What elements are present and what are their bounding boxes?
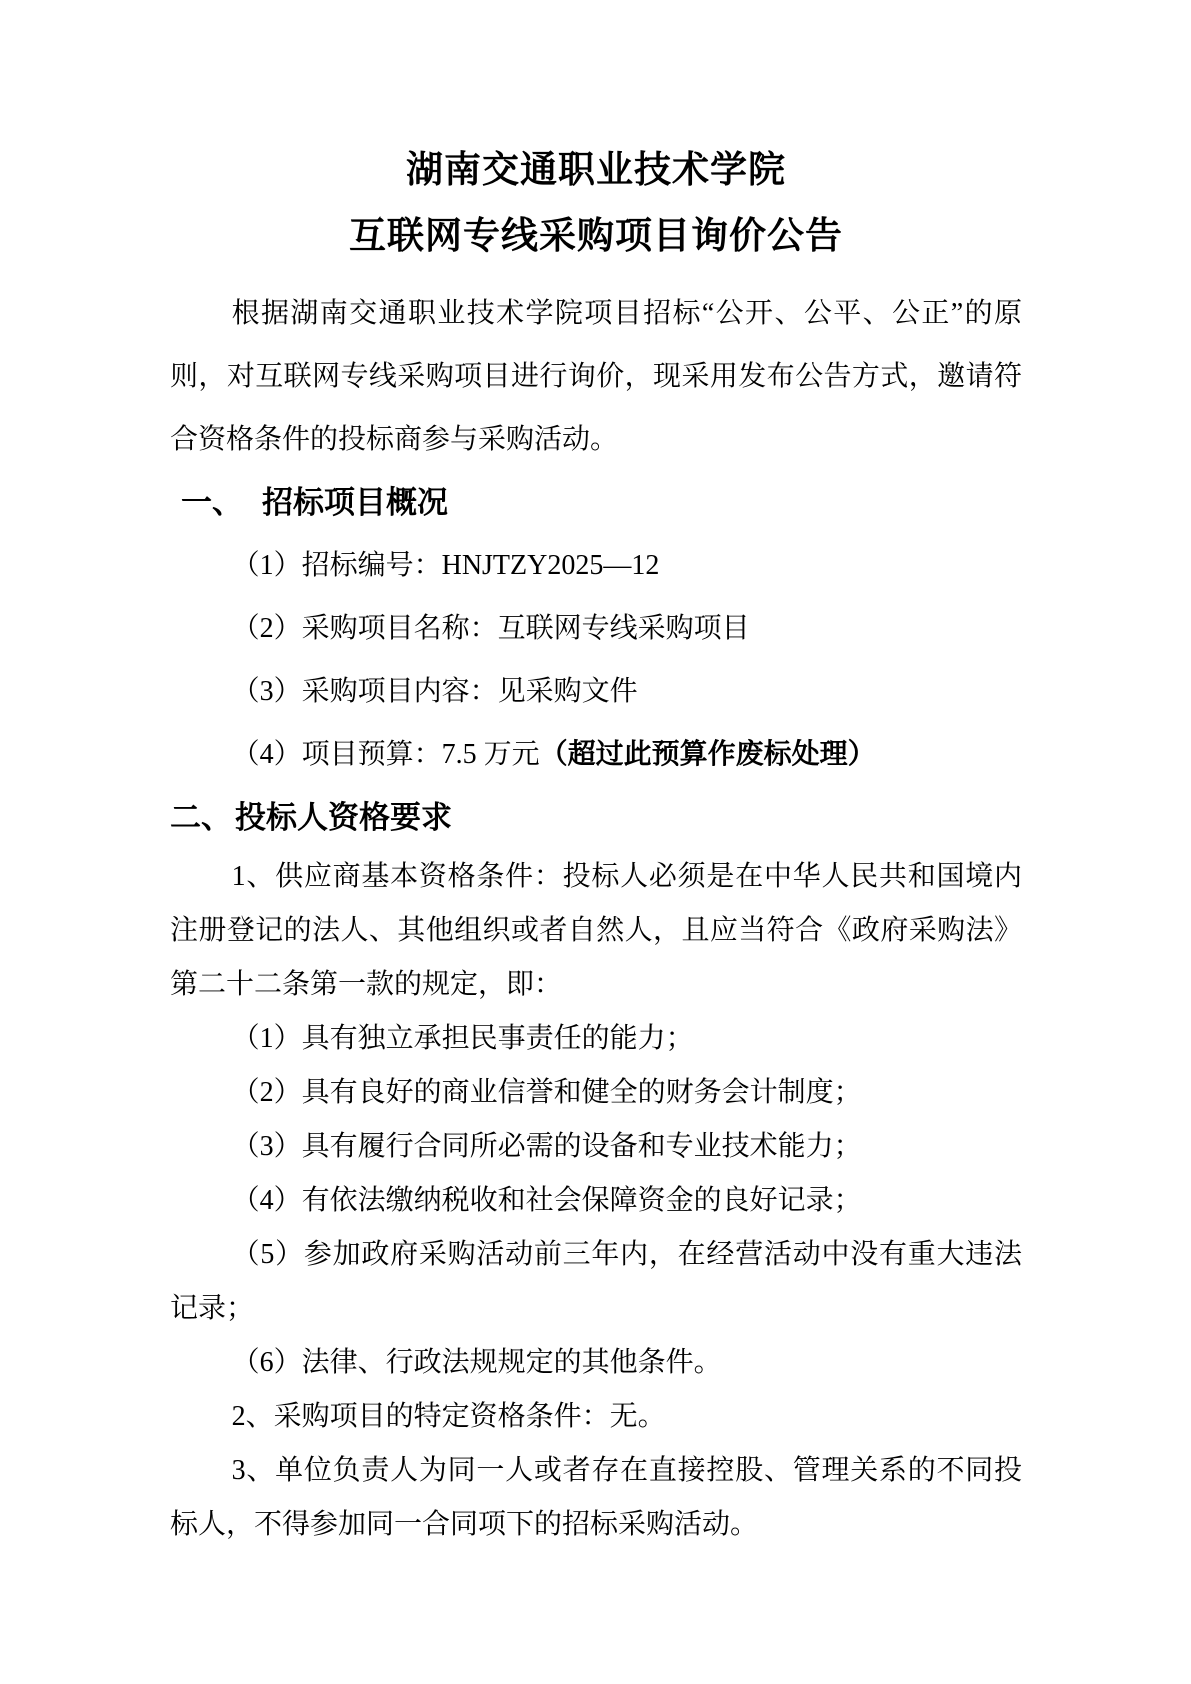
section1-item-1: （1）招标编号：HNJTZY2025—12: [170, 534, 1022, 597]
section1-item-4-bold-note: （超过此预算作废标处理）: [540, 739, 876, 770]
section1-item-3: （3）采购项目内容：见采购文件: [170, 660, 1022, 723]
section2-heading: 二、投标人资格要求: [170, 786, 1022, 850]
section1-item-2: （2）采购项目名称：互联网专线采购项目: [170, 597, 1022, 660]
section1-heading-text: 招标项目概况: [262, 485, 448, 520]
section2-item-1: （1）具有独立承担民事责任的能力；: [170, 1012, 1022, 1066]
title-block: 湖南交通职业技术学院 互联网专线采购项目询价公告: [170, 138, 1022, 270]
section2-heading-text: 投标人资格要求: [235, 800, 452, 835]
section2-paragraph-2: 2、采购项目的特定资格条件：无。: [170, 1390, 1022, 1444]
section2-heading-number: 二、: [170, 800, 232, 835]
doc-title-line1: 湖南交通职业技术学院: [170, 138, 1022, 204]
section2-item-6: （6）法律、行政法规规定的其他条件。: [170, 1336, 1022, 1390]
section2-item-4: （4）有依法缴纳税收和社会保障资金的良好记录；: [170, 1174, 1022, 1228]
section1-heading: 一、招标项目概况: [170, 471, 1022, 534]
section1-heading-number: 一、: [181, 485, 243, 520]
section2-item-2: （2）具有良好的商业信誉和健全的财务会计制度；: [170, 1066, 1022, 1120]
section1-item-4-text: （4）项目预算：7.5 万元: [232, 739, 540, 770]
doc-title-line2: 互联网专线采购项目询价公告: [170, 204, 1022, 270]
section1-item-4: （4）项目预算：7.5 万元（超过此预算作废标处理）: [170, 723, 1022, 786]
section2-item-3: （3）具有履行合同所必需的设备和专业技术能力；: [170, 1120, 1022, 1174]
section2-paragraph-3: 3、单位负责人为同一人或者存在直接控股、管理关系的不同投标人，不得参加同一合同项…: [170, 1444, 1022, 1552]
section2-item-5: （5）参加政府采购活动前三年内，在经营活动中没有重大违法记录；: [170, 1228, 1022, 1336]
intro-paragraph: 根据湖南交通职业技术学院项目招标“公开、公平、公正”的原则，对互联网专线采购项目…: [170, 282, 1022, 471]
section2-paragraph-1: 1、供应商基本资格条件：投标人必须是在中华人民共和国境内注册登记的法人、其他组织…: [170, 850, 1022, 1012]
document-page: 湖南交通职业技术学院 互联网专线采购项目询价公告 根据湖南交通职业技术学院项目招…: [0, 0, 1191, 1684]
